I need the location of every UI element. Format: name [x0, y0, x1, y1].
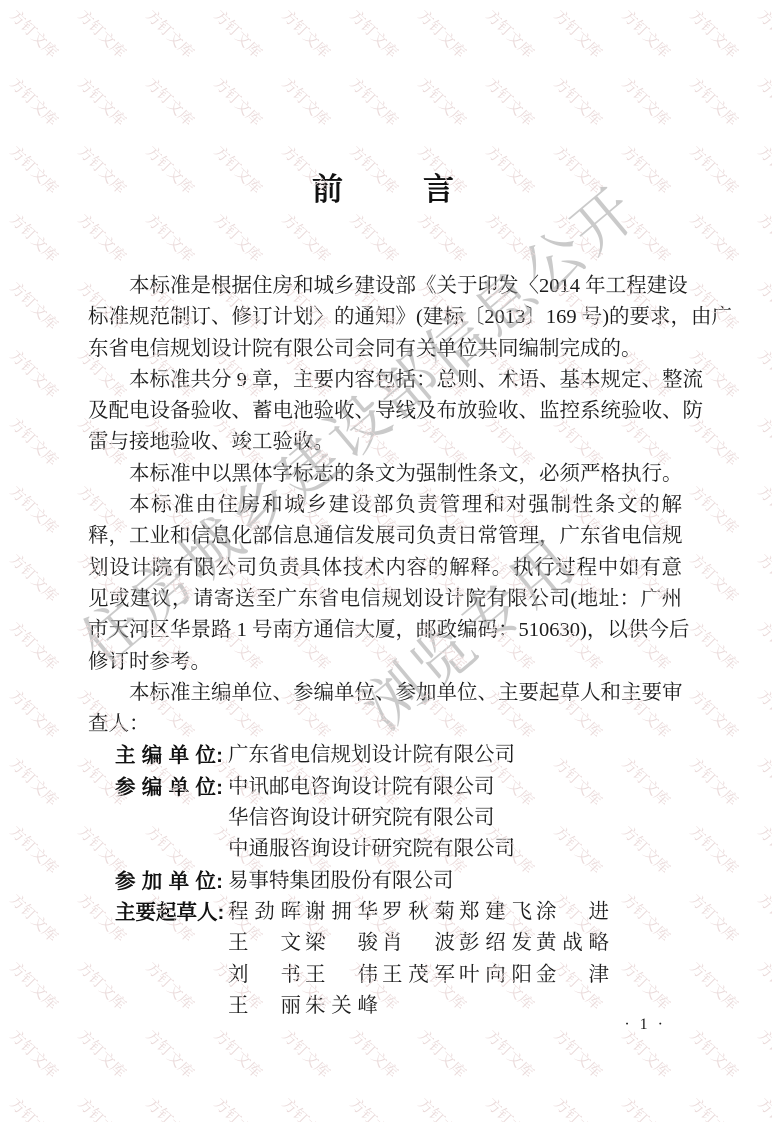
document-page: 方钉文库 住房城乡建设部信息公开 浏览专用 前 言 本标准是根据住房和城乡建设部…: [0, 0, 772, 1122]
paragraph-line: 释，工业和信息化部信息通信发展司负责日常管理，广东省电信规: [88, 521, 682, 552]
drafter-name: 彭绍发: [459, 928, 532, 959]
paragraph-line: 本标准由住房和城乡建设部负责管理和对强制性条文的解: [88, 490, 682, 521]
unit-label: 参 编 单 位:: [115, 772, 223, 803]
drafter-name: 王茂军: [382, 960, 455, 991]
drafter-name: 王 伟: [305, 960, 378, 991]
paragraph-line: 东省电信规划设计院有限公司会同有关单位共同编制完成的。: [88, 334, 682, 365]
drafter-name: 刘 书: [228, 960, 301, 991]
drafter-name: 肖 波: [382, 928, 455, 959]
paragraph-line: 修订时参考。: [88, 647, 682, 678]
drafter-name: 罗秋菊: [382, 897, 455, 928]
drafter-name: 梁 骏: [305, 928, 378, 959]
unit-continuation-line: 华信咨询设计研究院有限公司: [88, 803, 682, 834]
page-number: · 1 ·: [624, 1016, 666, 1034]
drafter-names: 程劲晖谢拥华罗秋菊郑建飞涂 进: [228, 901, 613, 923]
drafter-name: 朱关峰: [305, 991, 378, 1022]
page-title: 前 言: [0, 164, 772, 209]
participating-editing-unit-row: 参 编 单 位:中讯邮电咨询设计院有限公司: [88, 772, 682, 803]
paragraph-line: 见或建议，请寄送至广东省电信规划设计院有限公司(地址：广州: [88, 584, 682, 615]
paragraph-line: 本标准主编单位、参编单位、参加单位、主要起草人和主要审: [88, 678, 682, 709]
paragraph-line: 及配电设备验收、蓄电池验收、导线及布放验收、监控系统验收、防: [88, 396, 682, 427]
paragraph-line: 本标准共分 9 章，主要内容包括：总则、术语、基本规定、整流: [88, 365, 682, 396]
drafter-name: 郑建飞: [459, 897, 532, 928]
drafter-name: 王 文: [228, 928, 301, 959]
drafter-names-row: 刘 书王 伟王茂军叶向阳金 津: [88, 960, 682, 991]
paragraph-line: 划设计院有限公司负责具体技术内容的解释。执行过程中如有意: [88, 553, 682, 584]
paragraph-line: 雷与接地验收、竣工验收。: [88, 427, 682, 458]
joining-unit-row: 参 加 单 位:易事特集团股份有限公司: [88, 866, 682, 897]
unit-value: 广东省电信规划设计院有限公司: [228, 744, 515, 766]
paragraph-line: 市天河区华景路 1 号南方通信大厦，邮政编码：510630)，以供今后: [88, 615, 682, 646]
paragraph-line: 查人：: [88, 709, 682, 740]
drafter-name: 黄战略: [536, 928, 609, 959]
unit-value: 易事特集团股份有限公司: [228, 870, 454, 892]
paragraph-line: 本标准是根据住房和城乡建设部《关于印发〈2014 年工程建设: [88, 271, 682, 302]
drafter-names-row: 王 丽朱关峰: [88, 991, 682, 1022]
drafter-name: 涂 进: [536, 897, 609, 928]
unit-label: 主 编 单 位:: [115, 740, 223, 771]
unit-continuation-line: 中通服咨询设计研究院有限公司: [88, 834, 682, 865]
unit-value: 中讯邮电咨询设计院有限公司: [228, 776, 495, 798]
unit-label: 参 加 单 位:: [115, 866, 223, 897]
main-drafters-row: 主要起草人:程劲晖谢拥华罗秋菊郑建飞涂 进: [88, 897, 682, 928]
unit-label: 主要起草人:: [115, 897, 223, 928]
chief-editing-unit-row: 主 编 单 位:广东省电信规划设计院有限公司: [88, 740, 682, 771]
drafter-names-row: 王 文梁 骏肖 波彭绍发黄战略: [88, 928, 682, 959]
paragraph-line: 标准规范制订、修订计划〉的通知》(建标〔2013〕169 号)的要求，由广: [88, 302, 682, 333]
drafter-name: 程劲晖: [228, 897, 301, 928]
drafter-name: 叶向阳: [459, 960, 532, 991]
body-text: 本标准是根据住房和城乡建设部《关于印发〈2014 年工程建设 标准规范制订、修订…: [88, 271, 682, 1022]
paragraph-line: 本标准中以黑体字标志的条文为强制性条文，必须严格执行。: [88, 459, 682, 490]
drafter-name: 谢拥华: [305, 897, 378, 928]
drafter-name: 金 津: [536, 960, 609, 991]
drafter-name: 王 丽: [228, 991, 301, 1022]
